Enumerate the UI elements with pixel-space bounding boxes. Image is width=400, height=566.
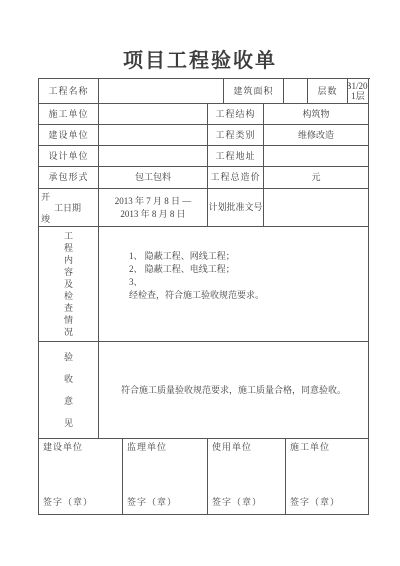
signature-construction-unit-sign: 签字（章） <box>290 497 340 508</box>
acceptance-opinion-label: 验收意见 <box>39 342 99 439</box>
document-page: 项目工程验收单 工程名称 建筑面积 层数 B1/20-1层 施工单位 工程结构 … <box>0 0 400 566</box>
acceptance-form-table: 工程名称 建筑面积 层数 B1/20-1层 施工单位 工程结构 构筑物 建设单位… <box>38 78 370 515</box>
row-owner-unit: 建设单位 工程类别 维修改造 <box>39 125 370 146</box>
signature-construction-unit-title: 施工单位 <box>290 442 330 453</box>
total-cost-label: 工程总造价 <box>208 167 264 189</box>
date-word: 工日期 <box>54 203 98 214</box>
row-design-unit: 设计单位 工程地址 <box>39 146 370 167</box>
total-cost-value: 元 <box>264 167 369 189</box>
signature-owner-unit-sign: 签字（章） <box>43 497 93 508</box>
project-address-value <box>264 146 369 167</box>
design-unit-label: 设计单位 <box>39 146 99 167</box>
design-unit-value <box>99 146 208 167</box>
content-inspection-label-text: 工程内容及检查情况 <box>64 230 73 338</box>
signature-using-unit-title: 使用单位 <box>212 442 252 453</box>
acceptance-opinion-value: 符合施工质量验收规范要求，施工质量合格，同意验收。 <box>99 342 369 439</box>
signature-supervision-unit-title: 监理单位 <box>127 442 167 453</box>
content-line: 经检查，符合施工验收规范要求。 <box>129 289 362 302</box>
plan-approval-value <box>264 189 369 227</box>
content-inspection-label: 工程内容及检查情况 <box>39 227 99 342</box>
finish-date: 2013 年 8 月 8 日 <box>120 208 185 221</box>
finish-char: 竣 <box>41 214 98 225</box>
floors-value: B1/20-1层 <box>348 79 369 104</box>
construction-unit-label: 施工单位 <box>39 104 99 125</box>
content-line: 2、 隐蔽工程、电线工程； <box>129 263 362 276</box>
owner-unit-label: 建设单位 <box>39 125 99 146</box>
contract-form-value: 包工包料 <box>99 167 208 189</box>
signature-using-unit-sign: 签字（章） <box>212 497 262 508</box>
row-signatures: 建设单位 签字（章） 监理单位 签字（章） 使用单位 签字（章） 施工单位 签字… <box>39 439 370 515</box>
structure-type-value: 构筑物 <box>264 104 369 125</box>
row-construction-unit: 施工单位 工程结构 构筑物 <box>39 104 370 125</box>
project-category-label: 工程类别 <box>208 125 264 146</box>
signature-using-unit: 使用单位 签字（章） <box>208 439 286 515</box>
structure-type-label: 工程结构 <box>208 104 264 125</box>
owner-unit-value <box>99 125 208 146</box>
project-name-value <box>99 79 224 104</box>
content-inspection-value: 1、 隐蔽工程、网线工程； 2、 隐蔽工程、电线工程； 3、 经检查，符合施工验… <box>99 227 369 342</box>
acceptance-opinion-label-text: 验收意见 <box>64 346 73 434</box>
project-name-label: 工程名称 <box>39 79 99 104</box>
building-area-value <box>284 79 308 104</box>
date-range-value: 2013 年 7 月 8 日 — 2013 年 8 月 8 日 <box>99 189 208 227</box>
project-address-label: 工程地址 <box>208 146 264 167</box>
floors-label: 层数 <box>308 79 348 104</box>
row-acceptance-opinion: 验收意见 符合施工质量验收规范要求，施工质量合格，同意验收。 <box>39 342 370 439</box>
building-area-label: 建筑面积 <box>224 79 284 104</box>
start-finish-date-label: 开 工日期 竣 <box>39 189 99 227</box>
signature-construction-unit: 施工单位 签字（章） <box>286 439 369 515</box>
signature-owner-unit: 建设单位 签字（章） <box>39 439 123 515</box>
signature-supervision-unit: 监理单位 签字（章） <box>123 439 208 515</box>
start-char: 开 <box>41 192 98 203</box>
content-line: 1、 隐蔽工程、网线工程； <box>129 250 362 263</box>
contract-form-label: 承包形式 <box>39 167 99 189</box>
plan-approval-label: 计划批准文号 <box>208 189 264 227</box>
signature-supervision-unit-sign: 签字（章） <box>127 497 177 508</box>
row-dates: 开 工日期 竣 2013 年 7 月 8 日 — 2013 年 8 月 8 日 … <box>39 189 370 227</box>
content-line: 3、 <box>129 276 362 289</box>
page-title: 项目工程验收单 <box>0 44 400 73</box>
construction-unit-value <box>99 104 208 125</box>
project-category-value: 维修改造 <box>264 125 369 146</box>
row-project-name: 工程名称 建筑面积 层数 B1/20-1层 <box>39 79 370 104</box>
row-content-inspection: 工程内容及检查情况 1、 隐蔽工程、网线工程； 2、 隐蔽工程、电线工程； 3、… <box>39 227 370 342</box>
signature-owner-unit-title: 建设单位 <box>43 442 83 453</box>
start-date: 2013 年 7 月 8 日 — <box>115 195 192 208</box>
row-contract-form: 承包形式 包工包料 工程总造价 元 <box>39 167 370 189</box>
